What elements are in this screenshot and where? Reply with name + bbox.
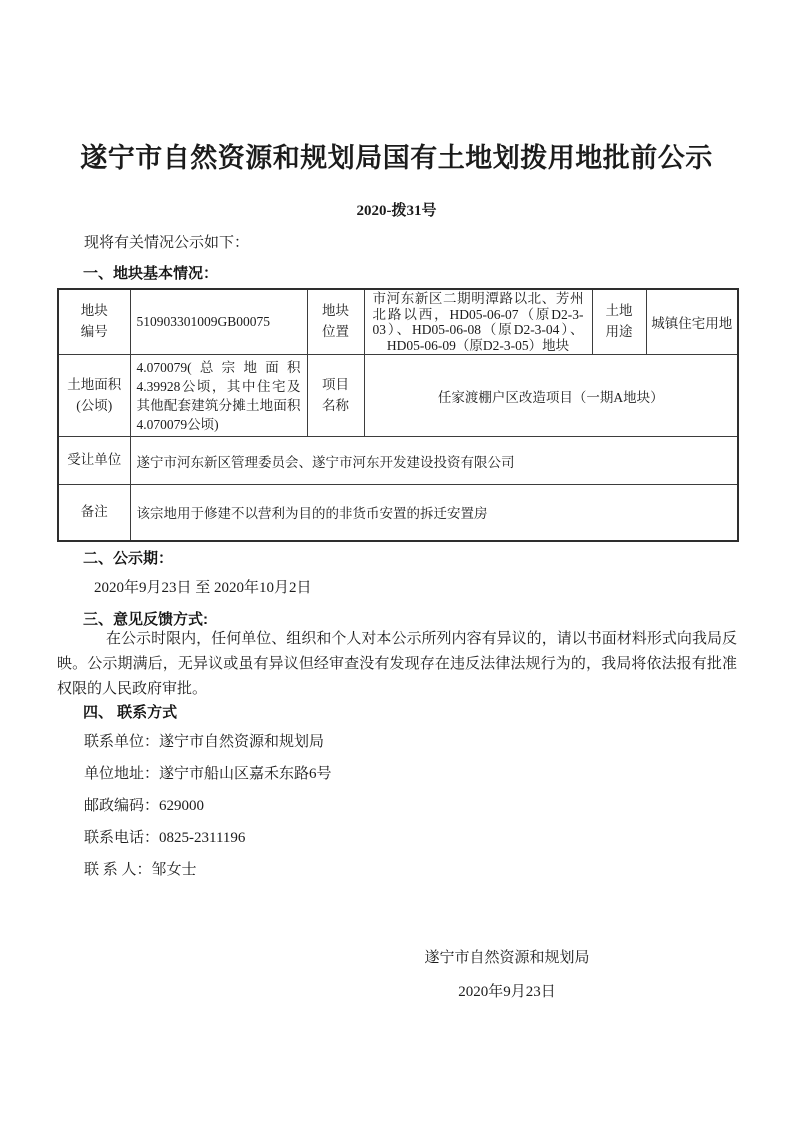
intro-text: 现将有关情况公示如下： <box>84 231 249 252</box>
unit-address-value: 遂宁市船山区嘉禾东路6号 <box>159 766 332 782</box>
publicity-period: 2020年9月23日 至 2020年10月2日 <box>94 576 312 597</box>
phone-label: 联系电话： <box>84 830 159 846</box>
parcel-number-label-line2: 编号 <box>60 322 129 343</box>
parcel-number-value: 510903301009GB00075 <box>130 289 307 355</box>
doc-number: 2020-拨31号 <box>0 199 793 220</box>
project-name-label-line2: 名称 <box>309 396 363 417</box>
phone-row: 联系电话：0825-2311196 <box>84 822 332 854</box>
table-row: 地块 编号 510903301009GB00075 地块 位置 市河东新区二期明… <box>58 289 738 355</box>
table-row: 备注 该宗地用于修建不以营利为目的的非货币安置的拆迁安置房 <box>58 485 738 541</box>
section2-heading: 二、公示期： <box>83 547 173 568</box>
parcel-location-value: 市河东新区二期明潭路以北、芳州北路以西，HD05-06-07（原D2-3-03）… <box>364 289 592 355</box>
contact-list: 联系单位：遂宁市自然资源和规划局 单位地址：遂宁市船山区嘉禾东路6号 邮政编码：… <box>84 726 332 886</box>
remarks-label: 备注 <box>58 485 130 541</box>
contact-unit-row: 联系单位：遂宁市自然资源和规划局 <box>84 726 332 758</box>
remarks-value: 该宗地用于修建不以营利为目的的非货币安置的拆迁安置房 <box>130 485 738 541</box>
page: 遂宁市自然资源和规划局国有土地划拨用地批前公示 2020-拨31号 现将有关情况… <box>0 0 793 1122</box>
notice-title: 遂宁市自然资源和规划局国有土地划拨用地批前公示 <box>0 136 793 175</box>
phone-value: 0825-2311196 <box>159 830 245 846</box>
land-use-value: 城镇住宅用地 <box>646 289 738 355</box>
table-row: 土地面积 (公顷) 4.070079(总宗地面积4.39928公顷，其中住宅及其… <box>58 355 738 437</box>
contact-unit-value: 遂宁市自然资源和规划局 <box>159 734 324 750</box>
parcel-location-label: 地块 位置 <box>307 289 364 355</box>
land-use-label: 土地 用途 <box>592 289 646 355</box>
unit-address-label: 单位地址： <box>84 766 159 782</box>
land-area-value: 4.070079(总宗地面积4.39928公顷，其中住宅及其他配套建筑分摊土地面… <box>130 355 307 437</box>
section4-heading: 四、 联系方式 <box>83 701 177 722</box>
signature-date: 2020年9月23日 <box>399 980 615 1001</box>
project-name-label-line1: 项目 <box>309 375 363 396</box>
parcel-location-label-line1: 地块 <box>309 301 363 322</box>
land-info-table: 地块 编号 510903301009GB00075 地块 位置 市河东新区二期明… <box>57 288 739 542</box>
land-use-label-line1: 土地 <box>594 301 645 322</box>
table-row: 受让单位 遂宁市河东新区管理委员会、遂宁市河东开发建设投资有限公司 <box>58 437 738 485</box>
contact-person-label: 联 系 人： <box>84 862 152 878</box>
contact-unit-label: 联系单位： <box>84 734 159 750</box>
postal-code-value: 629000 <box>159 798 204 814</box>
postal-code-row: 邮政编码：629000 <box>84 790 332 822</box>
project-name-label: 项目 名称 <box>307 355 364 437</box>
feedback-paragraph: 在公示时限内，任何单位、组织和个人对本公示所列内容有异议的，请以书面材料形式向我… <box>57 627 737 702</box>
section3-heading: 三、意见反馈方式: <box>83 608 208 629</box>
transferee-label: 受让单位 <box>58 437 130 485</box>
parcel-location-label-line2: 位置 <box>309 322 363 343</box>
contact-person-value: 邹女士 <box>152 862 197 878</box>
land-use-label-line2: 用途 <box>594 322 645 343</box>
signature-org: 遂宁市自然资源和规划局 <box>399 946 615 967</box>
parcel-number-label-line1: 地块 <box>60 301 129 322</box>
project-name-value: 任家渡棚户区改造项目（一期A地块） <box>364 355 738 437</box>
signature-block: 遂宁市自然资源和规划局 2020年9月23日 <box>399 946 615 1001</box>
parcel-number-label: 地块 编号 <box>58 289 130 355</box>
unit-address-row: 单位地址：遂宁市船山区嘉禾东路6号 <box>84 758 332 790</box>
land-area-label: 土地面积 (公顷) <box>58 355 130 437</box>
land-area-label-line2: (公顷) <box>60 396 129 417</box>
land-area-label-line1: 土地面积 <box>60 375 129 396</box>
transferee-value: 遂宁市河东新区管理委员会、遂宁市河东开发建设投资有限公司 <box>130 437 738 485</box>
contact-person-row: 联 系 人：邹女士 <box>84 854 332 886</box>
section1-heading: 一、地块基本情况： <box>83 262 218 283</box>
postal-code-label: 邮政编码： <box>84 798 159 814</box>
